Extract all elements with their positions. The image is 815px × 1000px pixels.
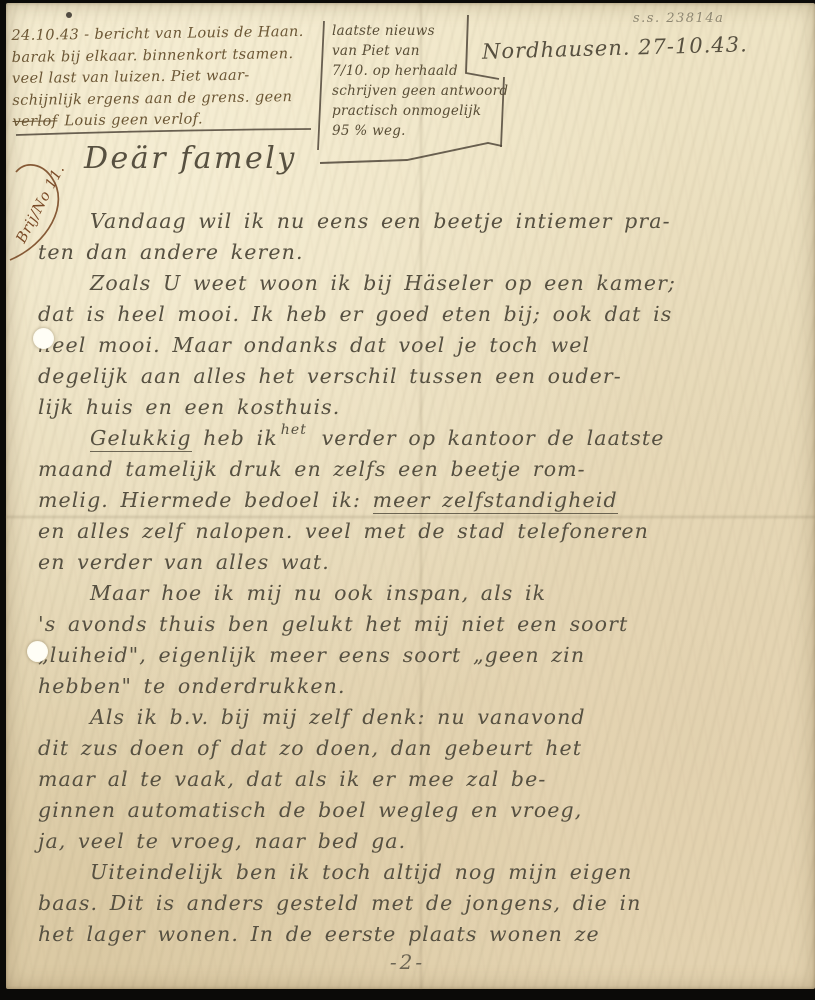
body-line-3: Zoals U weet woon ik bij Häseler op een … — [38, 268, 802, 299]
underlined-phrase: meer zelfstandigheid — [373, 488, 618, 514]
body-line-18: dit zus doen of dat zo doen, dan gebeurt… — [38, 733, 802, 764]
body-line-24: het lager wonen. In de eerste plaats won… — [38, 919, 802, 950]
body-line-16: hebben" te onderdrukken. — [38, 671, 802, 702]
body-line-12: en verder van alles wat. — [38, 547, 802, 578]
body-line-17: Als ik b.v. bij mij zelf denk: nu vanavo… — [38, 702, 802, 733]
body-line-10: melig. Hiermede bedoel ik: meer zelfstan… — [38, 485, 802, 516]
page-number: -2- — [0, 950, 815, 974]
body-line-19: maar al te vaak, dat als ik er mee zal b… — [38, 764, 802, 795]
body-line-5: heel mooi. Maar ondanks dat voel je toch… — [38, 330, 802, 361]
body-line-4: dat is heel mooi. Ik heb er goed eten bi… — [38, 299, 802, 330]
body-line-9: maand tamelijk druk en zelfs een beetje … — [38, 454, 802, 485]
body-line-1: Vandaag wil ik nu eens een beetje intiem… — [38, 206, 802, 237]
punch-hole-bottom — [27, 641, 48, 662]
letter-body: Vandaag wil ik nu eens een beetje intiem… — [38, 206, 802, 950]
body-line-23: baas. Dit is anders gesteld met de jonge… — [38, 888, 802, 919]
body-line-15: „luiheid", eigenlijk meer eens soort „ge… — [38, 640, 802, 671]
annotation-middle-line-1: laatste nieuws — [332, 21, 508, 41]
scanned-letter-page: 24.10.43 - bericht van Louis de Haan. ba… — [0, 0, 815, 1000]
punch-hole-top — [33, 328, 54, 349]
annotation-middle-line-3: 7/10. op herhaald — [332, 61, 508, 81]
body-line-13: Maar hoe ik mij nu ook inspan, als ik — [38, 578, 802, 609]
annotation-left-line-5-rest: Louis geen verlof. — [64, 111, 203, 129]
annotation-left-line-4: schijnlijk ergens aan de grens. geen — [12, 86, 305, 112]
annotation-left-line-5: verlofLouis geen verlof. — [12, 108, 305, 134]
inserted-word-above-line: het — [278, 422, 310, 438]
body-line-14: 's avonds thuis ben gelukt het mij niet … — [38, 609, 802, 640]
annotation-left-line-2: barak bij elkaar. binnenkort tsamen. — [12, 43, 305, 69]
body-line-8-mid: heb ik — [192, 426, 278, 450]
body-line-22: Uiteindelijk ben ik toch altijd nog mijn… — [38, 857, 802, 888]
body-line-7: lijk huis en een kosthuis. — [38, 392, 802, 423]
annotation-middle-line-4: schrijven geen antwoord — [332, 81, 508, 101]
body-line-21: ja, veel te vroeg, naar bed ga. — [38, 826, 802, 857]
annotation-middle-line-6: 95 % weg. — [332, 121, 508, 141]
underlined-word: Gelukkig — [90, 426, 192, 452]
body-line-10-pre: melig. Hiermede bedoel ik: — [38, 488, 373, 512]
struck-word: verlof — [12, 113, 57, 130]
annotation-left: 24.10.43 - bericht van Louis de Haan. ba… — [11, 22, 305, 134]
archive-reference-number: s.s. 23814a — [633, 11, 724, 26]
body-line-20: ginnen automatisch de boel wegleg en vro… — [38, 795, 802, 826]
salutation: Deär famely — [84, 141, 297, 176]
body-line-11: en alles zelf nalopen. veel met de stad … — [38, 516, 802, 547]
body-line-8: Gelukkig heb ikhet verder op kantoor de … — [38, 423, 802, 454]
body-line-2: ten dan andere keren. — [38, 237, 802, 268]
body-line-8-rest: verder op kantoor de laatste — [310, 426, 664, 450]
annotation-middle-line-5: practisch onmogelijk — [332, 101, 508, 121]
body-line-6: degelijk aan alles het verschil tussen e… — [38, 361, 802, 392]
